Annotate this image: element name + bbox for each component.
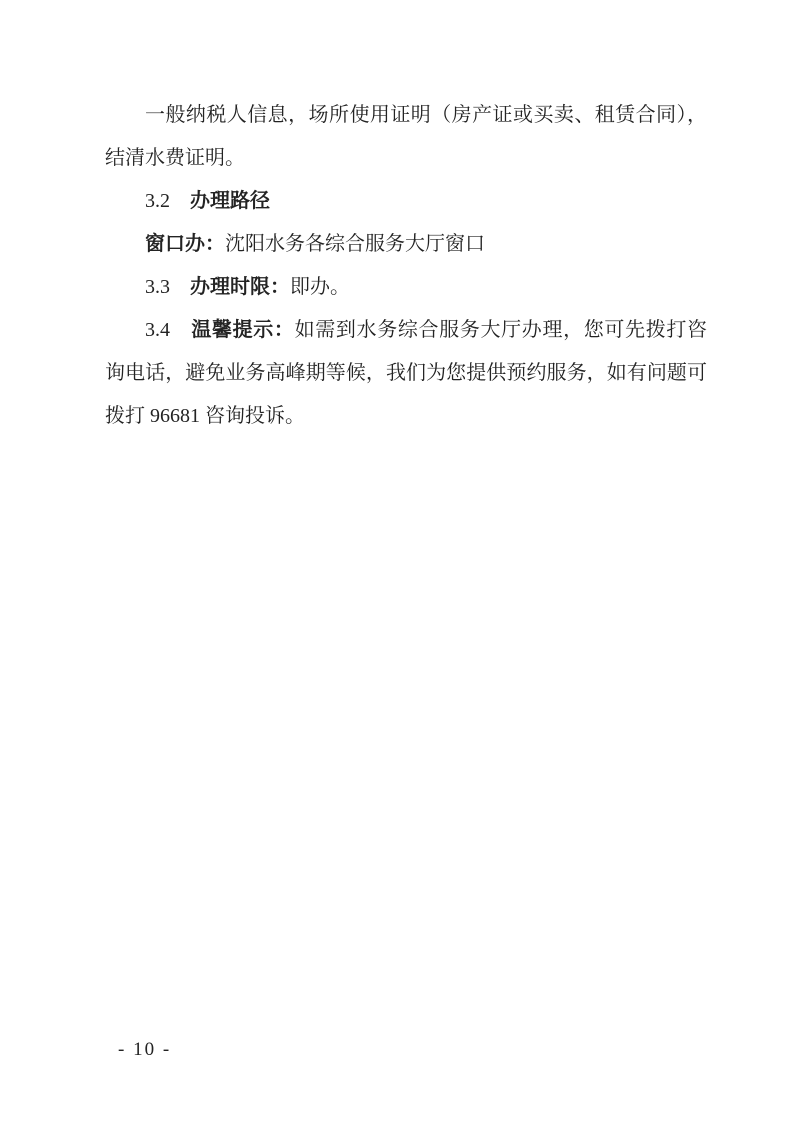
text-run: 3.3 bbox=[145, 276, 190, 298]
page-footer: - 10 - bbox=[118, 1038, 171, 1062]
paragraph: 3.2 办理路径 bbox=[105, 180, 707, 223]
text-run: 3.2 bbox=[145, 190, 190, 212]
paragraph: 3.3 办理时限：即办。 bbox=[105, 266, 707, 309]
bold-text-run: 窗口办： bbox=[145, 233, 225, 255]
text-run: 一般纳税人信息，场所使用证明（房产证或买卖、租赁合同），结清水费证明。 bbox=[105, 104, 707, 169]
bold-text-run: 办理时限： bbox=[190, 276, 290, 298]
bold-text-run: 温馨提示： bbox=[191, 319, 294, 341]
text-run: 3.4 bbox=[145, 319, 191, 341]
text-run: 即办。 bbox=[290, 276, 350, 298]
page-number: - 10 - bbox=[118, 1039, 171, 1060]
paragraph: 窗口办：沈阳水务各综合服务大厅窗口 bbox=[105, 223, 707, 266]
document-page: 一般纳税人信息，场所使用证明（房产证或买卖、租赁合同），结清水费证明。3.2 办… bbox=[0, 0, 794, 1123]
paragraph: 3.4 温馨提示：如需到水务综合服务大厅办理，您可先拨打咨询电话，避免业务高峰期… bbox=[105, 309, 707, 438]
paragraph: 一般纳税人信息，场所使用证明（房产证或买卖、租赁合同），结清水费证明。 bbox=[105, 94, 707, 180]
document-body: 一般纳税人信息，场所使用证明（房产证或买卖、租赁合同），结清水费证明。3.2 办… bbox=[105, 94, 707, 438]
bold-text-run: 办理路径 bbox=[190, 190, 270, 212]
text-run: 沈阳水务各综合服务大厅窗口 bbox=[225, 233, 485, 255]
